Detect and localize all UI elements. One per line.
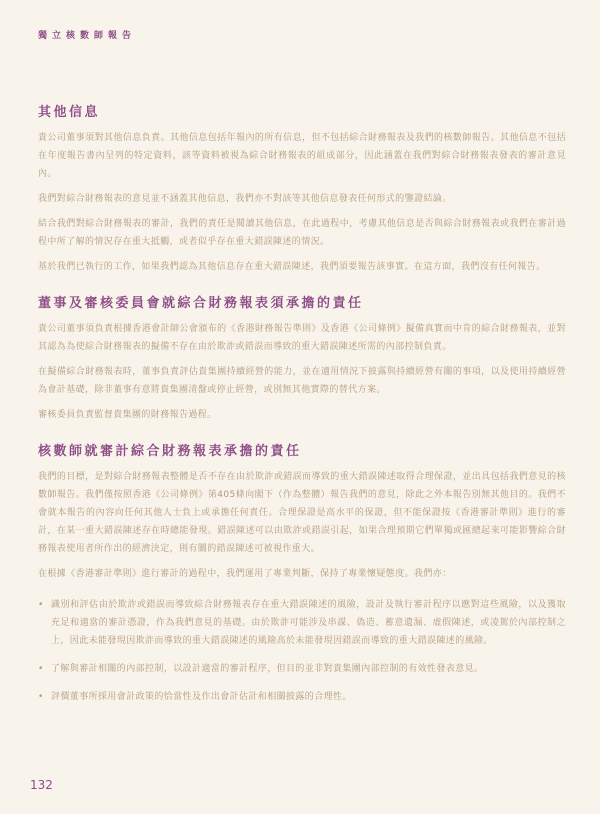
paragraph: 結合我們對綜合財務報表的審計，我們的責任是閱讀其他信息，在此過程中，考慮其他信息… <box>38 215 566 251</box>
bullet-text: 評價董事所採用會計政策的恰當性及作出會計估計和相關披露的合理性。 <box>51 688 566 706</box>
list-item: • 識別和評估由於欺詐或錯誤而導致綜合財務報表存在重大錯誤陳述的風險，設計及執行… <box>38 596 566 650</box>
bullet-icon: • <box>38 596 51 650</box>
section-directors-responsibilities: 董事及審核委員會就綜合財務報表須承擔的責任 貴公司董事須負責根據香港會計師公會頒… <box>38 292 566 424</box>
list-item: • 評價董事所採用會計政策的恰當性及作出會計估計和相關披露的合理性。 <box>38 688 566 706</box>
section-auditor-responsibilities: 核數師就審計綜合財務報表承擔的責任 我們的目標，是對綜合財務報表整體是否不存在由… <box>38 440 566 706</box>
bullet-text: 識別和評估由於欺詐或錯誤而導致綜合財務報表存在重大錯誤陳述的風險，設計及執行審計… <box>51 596 566 650</box>
bullet-icon: • <box>38 688 51 706</box>
paragraph: 在根據《香港審計準則》進行審計的過程中，我們運用了專業判斷，保持了專業懷疑態度。… <box>38 565 566 583</box>
paragraph: 我們的目標，是對綜合財務報表整體是否不存在由於欺詐或錯誤而導致的重大錯誤陳述取得… <box>38 468 566 558</box>
paragraph: 我們對綜合財務報表的意見並不涵蓋其他信息，我們亦不對該等其他信息發表任何形式的鑒… <box>38 190 566 208</box>
paragraph: 審核委員負責監督貴集團的財務報告過程。 <box>38 406 566 424</box>
section-heading: 核數師就審計綜合財務報表承擔的責任 <box>38 440 566 459</box>
paragraph: 貴公司董事須對其他信息負責。其他信息包括年報內的所有信息，但不包括綜合財務報表及… <box>38 129 566 183</box>
bullet-list: • 識別和評估由於欺詐或錯誤而導致綜合財務報表存在重大錯誤陳述的風險，設計及執行… <box>38 596 566 706</box>
report-page: 獨立核數師報告 其他信息 貴公司董事須對其他信息負責。其他信息包括年報內的所有信… <box>0 0 600 814</box>
bullet-icon: • <box>38 660 51 678</box>
paragraph: 在擬備綜合財務報表時，董事負責評估貴集團持續經營的能力，並在適用情況下披露與持續… <box>38 363 566 399</box>
page-header-title: 獨立核數師報告 <box>38 28 136 41</box>
paragraph: 貴公司董事須負責根據香港會計師公會頒布的《香港財務報告準則》及香港《公司條例》擬… <box>38 320 566 356</box>
list-item: • 了解與審計相關的內部控制，以設計適當的審計程序，但目的並非對貴集團內部控制的… <box>38 660 566 678</box>
bullet-text: 了解與審計相關的內部控制，以設計適當的審計程序，但目的並非對貴集團內部控制的有效… <box>51 660 566 678</box>
page-number: 132 <box>30 778 53 792</box>
paragraph: 基於我們已執行的工作，如果我們認為其他信息存在重大錯誤陳述，我們須要報告該事實。… <box>38 258 566 276</box>
section-heading: 董事及審核委員會就綜合財務報表須承擔的責任 <box>38 292 566 311</box>
section-other-information: 其他信息 貴公司董事須對其他信息負責。其他信息包括年報內的所有信息，但不包括綜合… <box>38 101 566 276</box>
report-content: 其他信息 貴公司董事須對其他信息負責。其他信息包括年報內的所有信息，但不包括綜合… <box>38 101 566 716</box>
section-heading: 其他信息 <box>38 101 566 120</box>
